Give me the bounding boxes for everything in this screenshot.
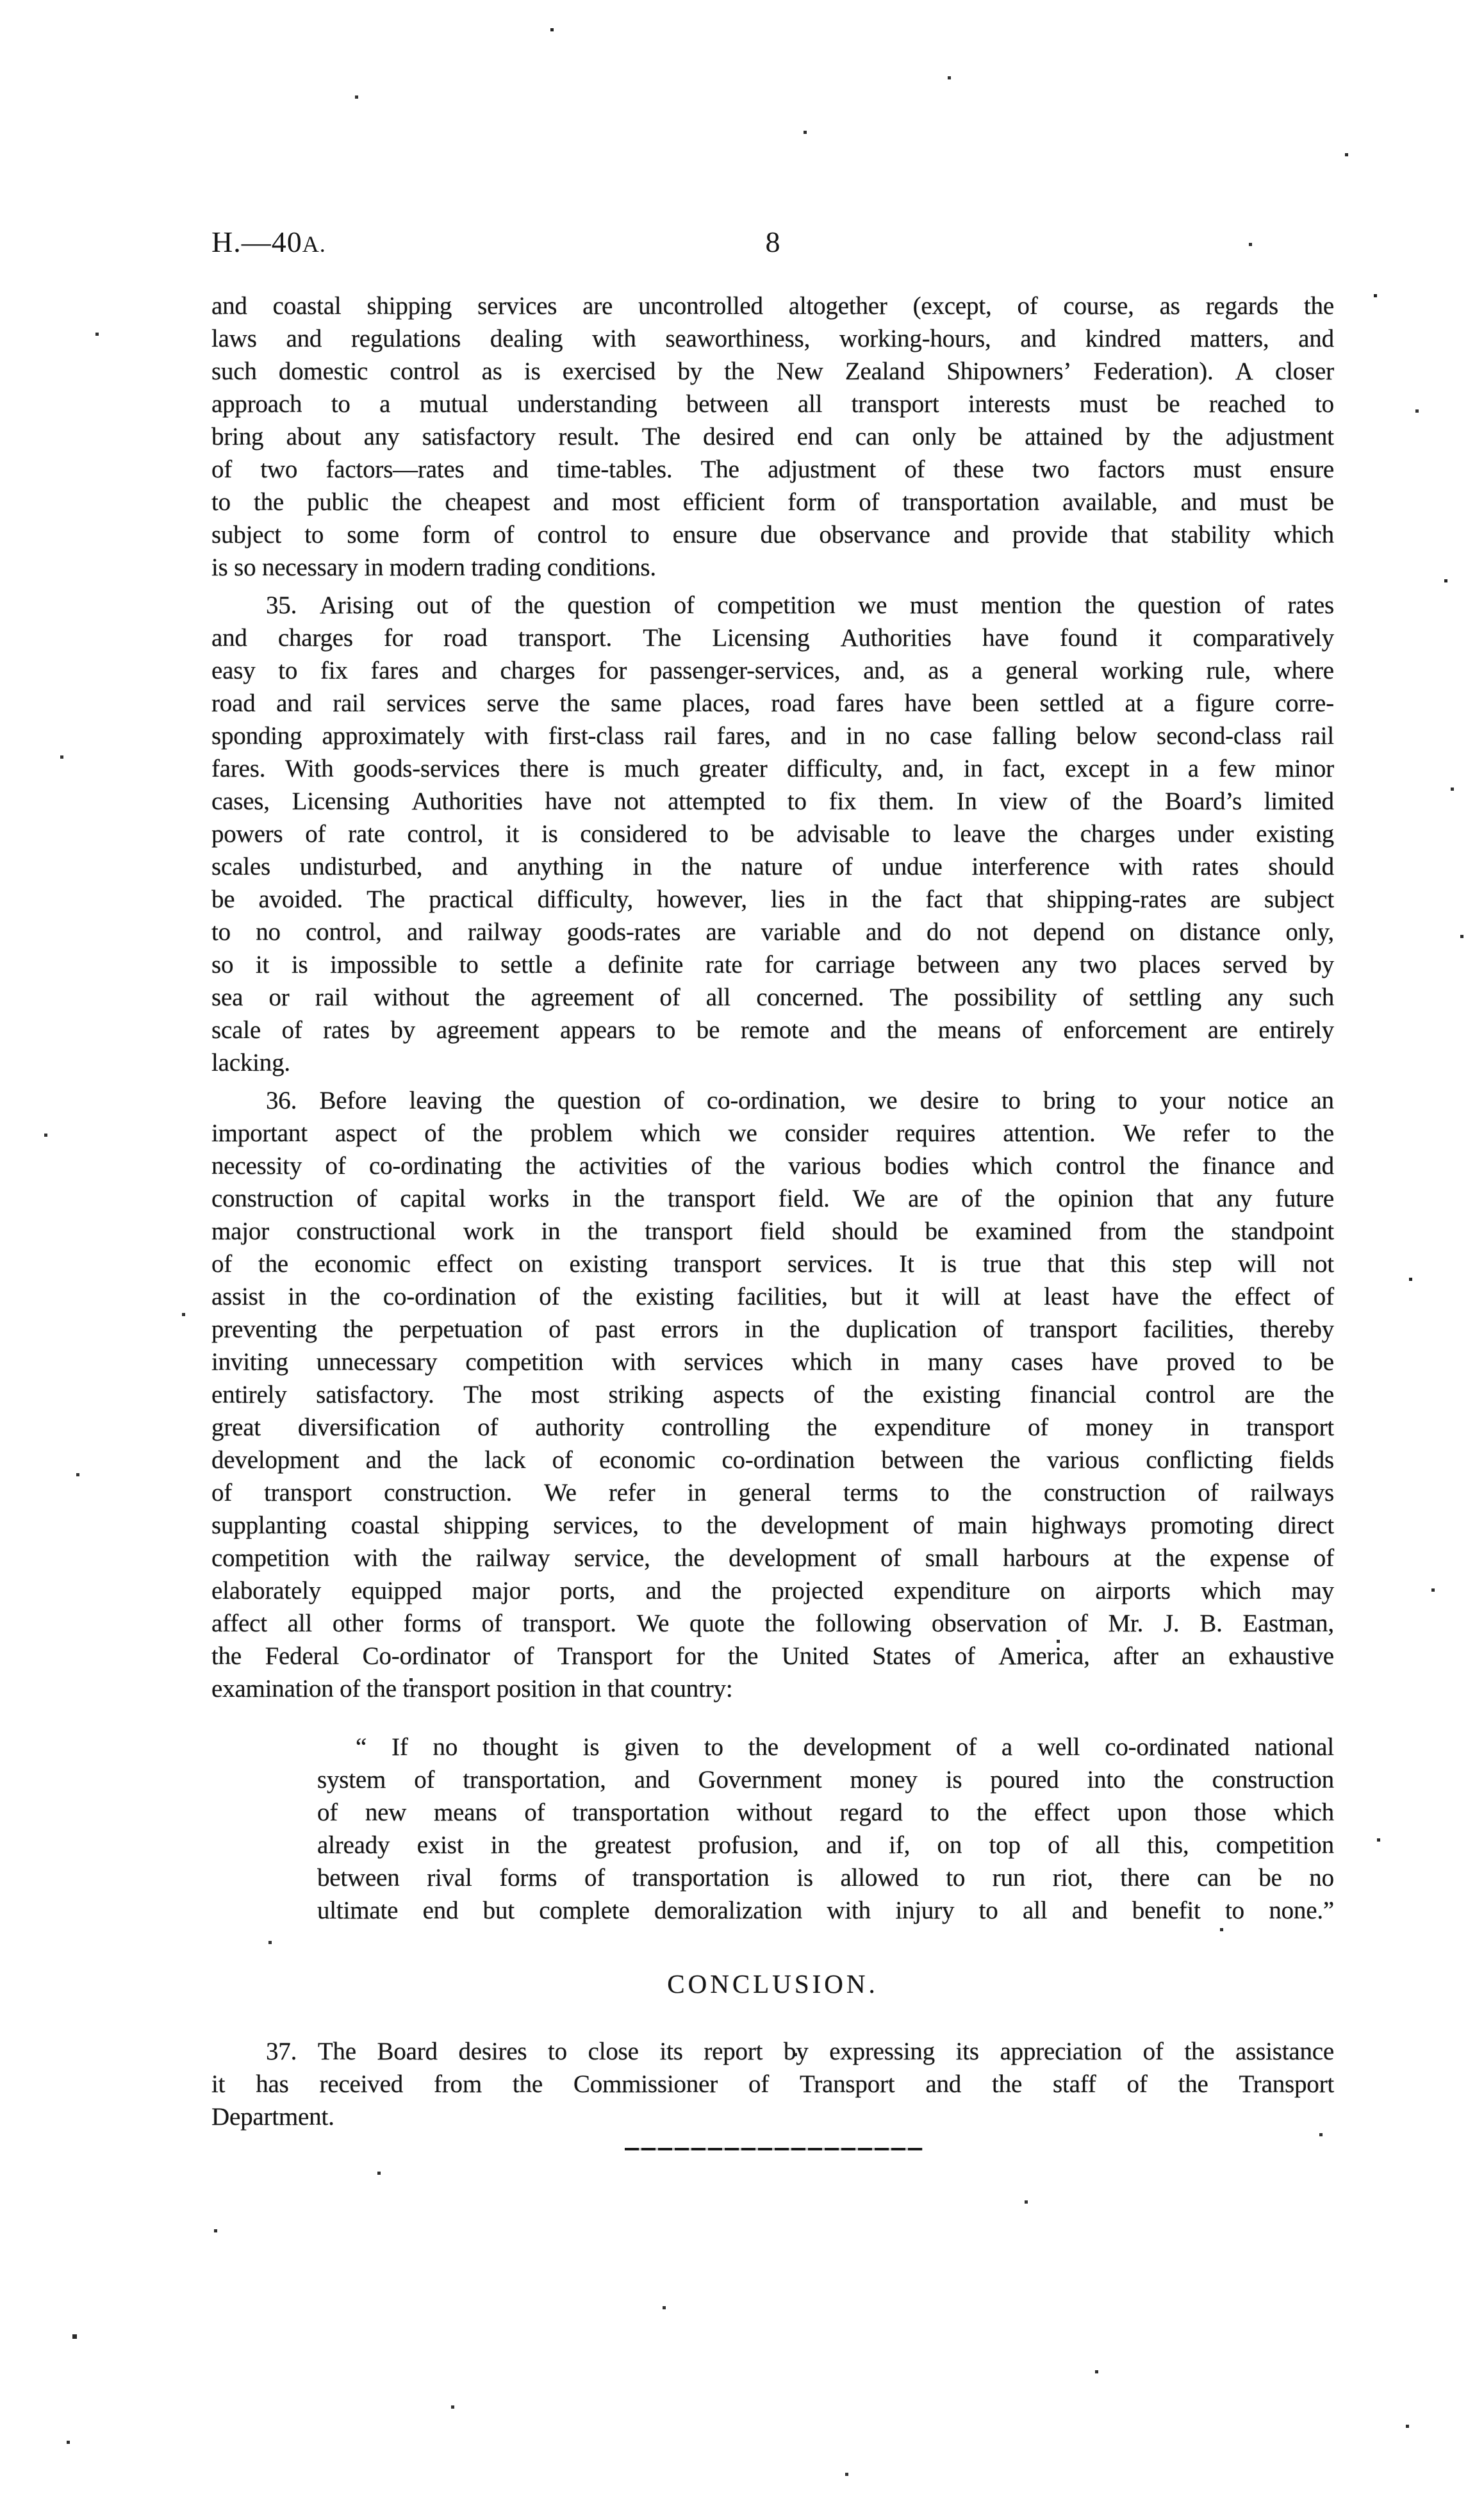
text-line: 36.Beforeleavingthequestionofco-ordinati… xyxy=(211,1084,1334,1117)
text-line: constructionofcapitalworksinthetransport… xyxy=(211,1182,1334,1215)
text-line: subjecttosomeformofcontroltoensuredueobs… xyxy=(211,518,1334,551)
text-line: roadandrailservicesservethesameplaces,ro… xyxy=(211,687,1334,720)
text-line: greatdiversificationofauthoritycontrolli… xyxy=(211,1411,1334,1444)
text-line: seaorrailwithouttheagreementofallconcern… xyxy=(211,981,1334,1014)
text-line: ofnewmeansoftransportationwithoutregardt… xyxy=(317,1796,1334,1829)
text-line: Department. xyxy=(211,2100,1334,2133)
text-line: is so necessary in modern trading condit… xyxy=(211,551,1334,584)
block-quote: “Ifnothoughtisgiventothedevelopmentofawe… xyxy=(317,1731,1334,1927)
text-line: 35.Arisingoutofthequestionofcompetitionw… xyxy=(211,589,1334,622)
text-line: cases,LicensingAuthoritieshavenotattempt… xyxy=(211,785,1334,818)
text-line: beavoided.Thepracticaldifficulty,however… xyxy=(211,883,1334,916)
text-line: scaleofratesbyagreementappearstoberemote… xyxy=(211,1014,1334,1046)
text-line: assistintheco-ordinationoftheexistingfac… xyxy=(211,1280,1334,1313)
text-line: easytofixfaresandchargesforpassenger-ser… xyxy=(211,654,1334,687)
text-line: spondingapproximatelywithfirst-classrail… xyxy=(211,720,1334,752)
paragraph: andcoastalshippingservicesareuncontrolle… xyxy=(211,290,1334,584)
text-line: powersofratecontrol,itisconsideredtobead… xyxy=(211,818,1334,850)
text-line: competitionwiththerailwayservice,thedeve… xyxy=(211,1542,1334,1574)
text-line: importantaspectoftheproblemwhichweconsid… xyxy=(211,1117,1334,1150)
text-line: preventingtheperpetuationofpasterrorsint… xyxy=(211,1313,1334,1346)
page-header: H.—40A. 8 xyxy=(211,223,1334,261)
text-line: andchargesforroadtransport.TheLicensingA… xyxy=(211,622,1334,654)
text-line: approachtoamutualunderstandingbetweenall… xyxy=(211,388,1334,420)
text-column: andcoastalshippingservicesareuncontrolle… xyxy=(211,290,1334,2133)
text-line: necessityofco-ordinatingtheactivitiesoft… xyxy=(211,1150,1334,1182)
text-line: ithasreceivedfromtheCommissionerofTransp… xyxy=(211,2068,1334,2100)
text-line: 37.TheBoarddesirestocloseitsreportbyexpr… xyxy=(211,2035,1334,2068)
text-line: entirelysatisfactory.Themoststrikingaspe… xyxy=(211,1378,1334,1411)
text-line: developmentandthelackofeconomicco-ordina… xyxy=(211,1444,1334,1476)
scan-noise xyxy=(0,0,2,2)
scanned-report-page: H.—40A. 8 andcoastalshippingservicesareu… xyxy=(0,0,1484,2499)
text-line: andcoastalshippingservicesareuncontrolle… xyxy=(211,290,1334,322)
text-line: alreadyexistinthegreatestprofusion,andif… xyxy=(317,1829,1334,1861)
page-number: 8 xyxy=(211,223,1334,261)
conclusion-heading: CONCLUSION. xyxy=(211,1968,1334,2000)
text-line: affectallotherformsoftransport.Wequoteth… xyxy=(211,1607,1334,1640)
text-line: elaboratelyequippedmajorports,andtheproj… xyxy=(211,1574,1334,1607)
text-line: soitisimpossibletosettleadefiniteratefor… xyxy=(211,948,1334,981)
text-line: theFederalCo-ordinatorofTransportfortheU… xyxy=(211,1640,1334,1672)
paragraph: 37.TheBoarddesirestocloseitsreportbyexpr… xyxy=(211,2035,1334,2133)
text-line: examination of the transport position in… xyxy=(211,1672,1334,1705)
text-line: invitingunnecessarycompetitionwithservic… xyxy=(211,1346,1334,1378)
end-rule xyxy=(625,2148,923,2150)
text-line: tonocontrol,andrailwaygoods-ratesarevari… xyxy=(211,916,1334,948)
text-line: suchdomesticcontrolasisexercisedbytheNew… xyxy=(211,355,1334,388)
text-line: fares.Withgoods-servicesthereismuchgreat… xyxy=(211,752,1334,785)
text-line: lacking. xyxy=(211,1046,1334,1079)
text-line: bringaboutanysatisfactoryresult.Thedesir… xyxy=(211,420,1334,453)
text-line: scalesundisturbed,andanythinginthenature… xyxy=(211,850,1334,883)
text-line: tothepublicthecheapestandmostefficientfo… xyxy=(211,486,1334,518)
text-line: systemoftransportation,andGovernmentmone… xyxy=(317,1763,1334,1796)
text-line: oftheeconomiceffectonexistingtransportse… xyxy=(211,1248,1334,1280)
text-line: supplantingcoastalshippingservices,tothe… xyxy=(211,1509,1334,1542)
text-line: oftwofactors—ratesandtime-tables.Theadju… xyxy=(211,453,1334,486)
paragraph: 35.Arisingoutofthequestionofcompetitionw… xyxy=(211,589,1334,1079)
text-line: ultimateendbutcompletedemoralizationwith… xyxy=(317,1894,1334,1927)
text-line: oftransportconstruction.Wereferingeneral… xyxy=(211,1476,1334,1509)
text-line: betweenrivalformsoftransportationisallow… xyxy=(317,1861,1334,1894)
text-line: lawsandregulationsdealingwithseaworthine… xyxy=(211,322,1334,355)
text-line: majorconstructionalworkinthetransportfie… xyxy=(211,1215,1334,1248)
text-line: “Ifnothoughtisgiventothedevelopmentofawe… xyxy=(317,1731,1334,1763)
paragraph: 36.Beforeleavingthequestionofco-ordinati… xyxy=(211,1084,1334,1705)
